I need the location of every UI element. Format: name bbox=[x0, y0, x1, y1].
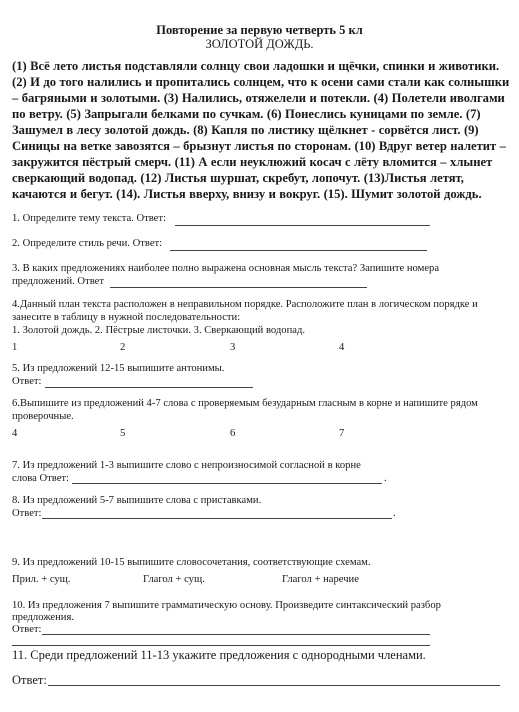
question-4: 4.Данный план текста расположен в неправ… bbox=[12, 299, 478, 310]
question-7: 7. Из предложений 1-3 выпишите слово с н… bbox=[12, 460, 361, 471]
question-7-answer-label: слова Ответ: bbox=[12, 473, 69, 484]
question-8: 8. Из предложений 5-7 выпишите слова с п… bbox=[12, 495, 261, 506]
question-11: 11. Среди предложений 11-13 укажите пред… bbox=[12, 648, 426, 663]
answer-line-7[interactable] bbox=[72, 483, 382, 484]
reading-passage: (1) Всё лето листья подставляли солнцу с… bbox=[12, 58, 512, 202]
question-10-answer-label: Ответ: bbox=[12, 624, 42, 635]
plan-cell-1[interactable]: 1 bbox=[12, 342, 17, 353]
answer-line-2[interactable] bbox=[170, 250, 427, 251]
plan-cell-3[interactable]: 3 bbox=[230, 342, 235, 353]
question-9: 9. Из предложений 10-15 выпишите словосо… bbox=[12, 557, 371, 568]
question-8-answer-label: Ответ: bbox=[12, 508, 42, 519]
question-8-end: . bbox=[393, 508, 396, 519]
question-10-line-2: предложения. bbox=[12, 612, 74, 623]
word-cell-6[interactable]: 6 bbox=[230, 428, 235, 439]
plan-cell-4[interactable]: 4 bbox=[339, 342, 344, 353]
plan-cell-2[interactable]: 2 bbox=[120, 342, 125, 353]
question-6-line-2: проверочные. bbox=[12, 411, 74, 422]
question-4-plan: 1. Золотой дождь. 2. Пёстрые листочки. 3… bbox=[12, 325, 305, 336]
answer-line-1[interactable] bbox=[175, 225, 430, 226]
scheme-adj-noun: Прил. + сущ. bbox=[12, 574, 71, 585]
worksheet-title: Повторение за первую четверть 5 кл bbox=[0, 23, 519, 38]
word-cell-4[interactable]: 4 bbox=[12, 428, 17, 439]
question-3-answer-label: предложений. Ответ bbox=[12, 276, 104, 287]
question-1: 1. Определите тему текста. Ответ: bbox=[12, 213, 166, 224]
word-cell-5[interactable]: 5 bbox=[120, 428, 125, 439]
answer-line-10[interactable] bbox=[42, 634, 430, 635]
answer-line-5[interactable] bbox=[45, 387, 253, 388]
question-5-answer-label: Ответ: bbox=[12, 376, 42, 387]
answer-line-10-extra[interactable] bbox=[12, 645, 430, 646]
text-title: ЗОЛОТОЙ ДОЖДЬ. bbox=[0, 37, 519, 52]
question-11-answer-label: Ответ: bbox=[12, 673, 47, 688]
answer-line-11[interactable] bbox=[48, 685, 500, 686]
question-7-end: . bbox=[384, 473, 387, 484]
question-3: 3. В каких предложениях наиболее полно в… bbox=[12, 263, 439, 274]
scheme-verb-noun: Глагол + сущ. bbox=[143, 574, 205, 585]
scheme-verb-adverb: Глагол + наречие bbox=[282, 574, 359, 585]
question-4-line-2: занесите в таблицу в нужной последовател… bbox=[12, 312, 240, 323]
answer-line-8[interactable] bbox=[42, 518, 392, 519]
question-6: 6.Выпишите из предложений 4-7 слова с пр… bbox=[12, 398, 478, 409]
word-cell-7[interactable]: 7 bbox=[339, 428, 344, 439]
answer-line-3[interactable] bbox=[110, 287, 367, 288]
question-10: 10. Из предложения 7 выпишите грамматиче… bbox=[12, 600, 441, 611]
question-5: 5. Из предложений 12-15 выпишите антоним… bbox=[12, 363, 224, 374]
question-2: 2. Определите стиль речи. Ответ: bbox=[12, 238, 162, 249]
